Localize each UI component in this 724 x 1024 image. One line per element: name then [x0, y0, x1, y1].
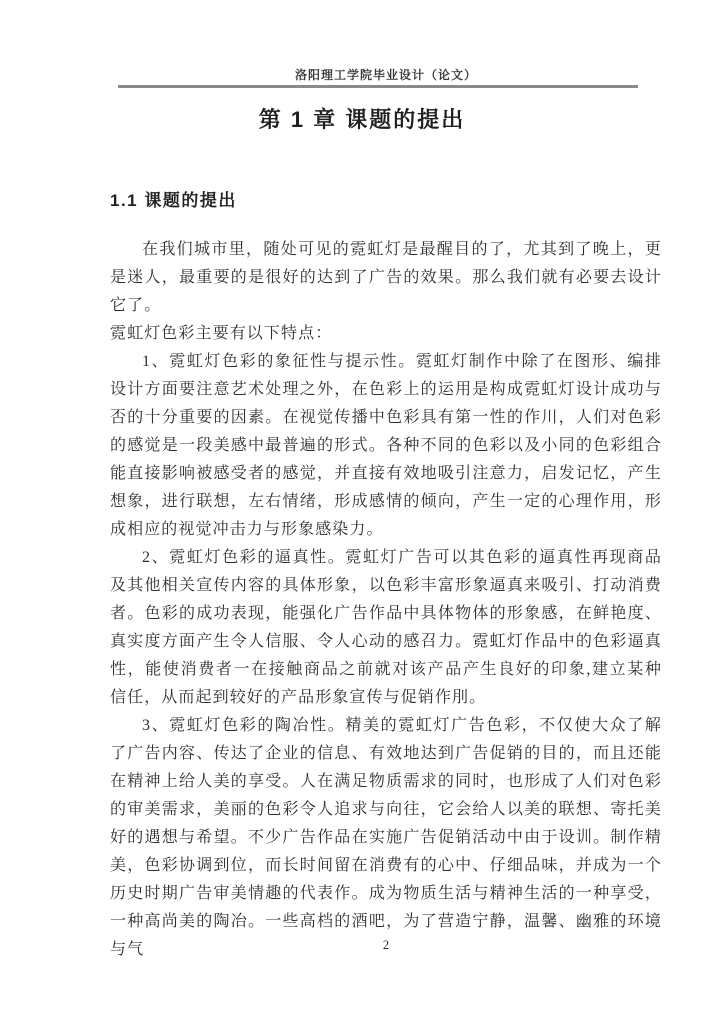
- page-number: 2: [110, 938, 662, 953]
- paragraph-feature-2: 2、霓虹灯色彩的逼真性。霓虹灯广告可以其色彩的逼真性再现商品及其他相关宣传内容的…: [110, 544, 662, 712]
- paragraph-intro: 在我们城市里，随处可见的霓虹灯是最醒目的了，尤其到了晚上，更是迷人，最重要的是很…: [110, 236, 662, 320]
- section-heading: 1.1 课题的提出: [110, 186, 662, 211]
- running-head: 洛阳理工学院毕业设计（论文）: [110, 66, 662, 83]
- header-rule-divider: [118, 85, 638, 88]
- body-text-block: 在我们城市里，随处可见的霓虹灯是最醒目的了，尤其到了晚上，更是迷人，最重要的是很…: [110, 236, 662, 964]
- paragraph-features-lead: 霓虹灯色彩主要有以下特点：: [110, 320, 662, 348]
- paragraph-feature-1: 1、霓虹灯色彩的象征性与提示性。霓虹灯制作中除了在图形、编排设计方面要注意艺术处…: [110, 348, 662, 544]
- chapter-title: 第 1 章 课题的提出: [0, 103, 724, 134]
- paragraph-feature-3: 3、霓虹灯色彩的陶冶性。精美的霓虹灯广告色彩，不仅使大众了解了广告内容、传达了企…: [110, 712, 662, 964]
- document-page: 洛阳理工学院毕业设计（论文） 第 1 章 课题的提出 1.1 课题的提出 在我们…: [0, 0, 724, 1024]
